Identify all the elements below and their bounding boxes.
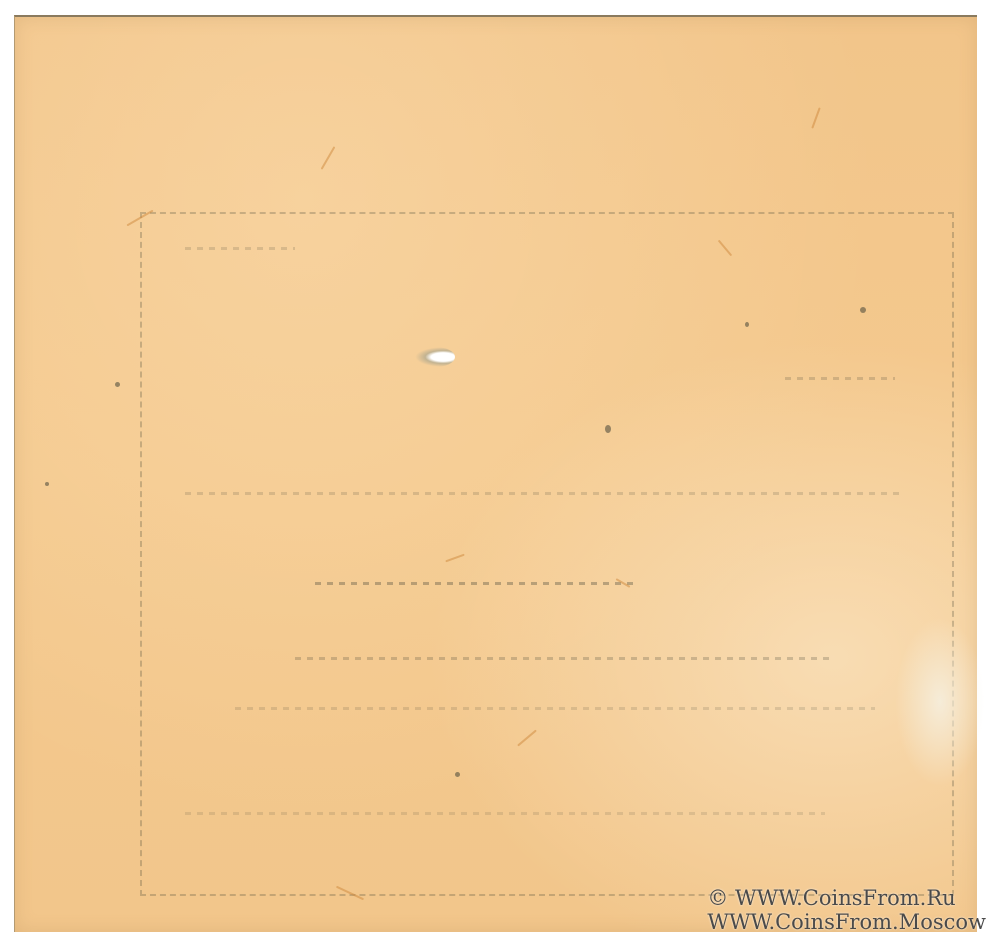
paper-fiber bbox=[811, 107, 820, 128]
watermark-line-1: © WWW.CoinsFrom.Ru bbox=[707, 886, 986, 910]
paper-note bbox=[14, 15, 977, 932]
bleed-through-text-line bbox=[295, 657, 835, 660]
faded-patch bbox=[895, 617, 985, 787]
ink-speck bbox=[45, 482, 49, 486]
paper-fiber bbox=[321, 146, 336, 170]
paper-hole bbox=[415, 347, 455, 367]
bleed-through-frame bbox=[140, 212, 954, 896]
bleed-through-text-line bbox=[185, 247, 295, 250]
perforated-edge bbox=[967, 17, 987, 932]
bleed-through-text-line bbox=[235, 707, 875, 710]
bleed-through-text-line bbox=[185, 492, 905, 495]
watermark-line-2: WWW.CoinsFrom.Moscow bbox=[707, 910, 986, 934]
watermark: © WWW.CoinsFrom.Ru WWW.CoinsFrom.Moscow bbox=[707, 886, 986, 934]
ink-speck bbox=[455, 772, 460, 777]
ink-speck bbox=[745, 322, 749, 327]
bleed-through-text-line bbox=[785, 377, 895, 380]
bleed-through-text-line bbox=[185, 812, 825, 815]
ink-speck bbox=[115, 382, 120, 387]
ink-speck bbox=[605, 425, 611, 433]
bleed-through-text-line bbox=[315, 582, 635, 585]
ink-speck bbox=[860, 307, 866, 313]
